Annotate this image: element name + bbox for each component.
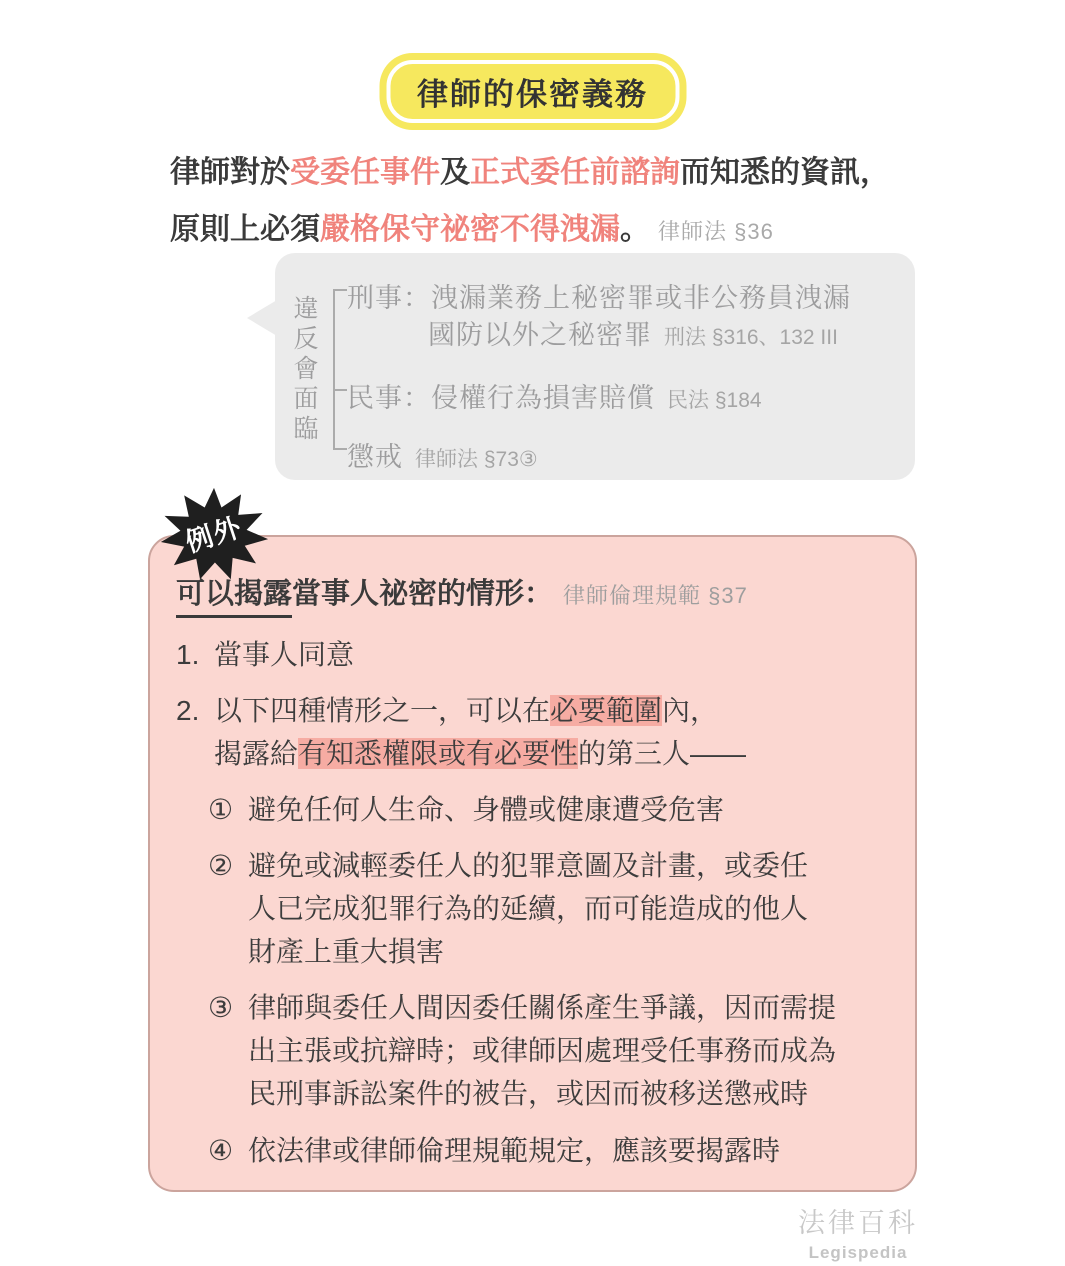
intro-line-2: 原則上必須嚴格保守祕密不得洩漏。律師法 §36 — [170, 201, 950, 260]
exception-box: 可以揭露當事人祕密的情形：律師倫理規範 §37 1. 當事人同意 2. 以下四種… — [148, 535, 917, 1192]
page-title-badge: 律師的保密義務 — [386, 60, 679, 123]
discipline-text: 懲戒 — [347, 442, 403, 472]
logo-english: Legispedia — [791, 1243, 925, 1263]
civil-text: 民事：侵權行為損害賠償 — [347, 383, 655, 413]
discipline-line: 懲戒律師法 §73③ — [347, 435, 538, 474]
criminal-line-2-text: 國防以外之秘密罪 — [428, 320, 652, 350]
subitem-2-circled-number: ② — [208, 844, 248, 973]
exception-subitem-2: ② 避免或減輕委任人的犯罪意圖及計畫，或委任人已完成犯罪行為的延續，而可能造成的… — [208, 844, 887, 973]
criminal-law-ref: 刑法 §316、132 III — [664, 326, 838, 349]
civil-law-ref: 民法 §184 — [667, 389, 762, 412]
item-1-text: 當事人同意 — [214, 633, 887, 676]
intro-paragraph: 律師對於受委任事件及正式委任前諮詢而知悉的資訊， 原則上必須嚴格保守祕密不得洩漏… — [170, 144, 950, 260]
tree-stub-top — [333, 289, 347, 291]
item-2-line-1: 以下四種情形之一，可以在必要範圍內， — [214, 689, 887, 732]
consequences-bubble: 違反會面臨 刑事：洩漏業務上秘密罪或非公務員洩漏 國防以外之秘密罪刑法 §316… — [275, 253, 915, 480]
subitem-3-text: 律師與委任人間因委任關係產生爭議，因而需提出主張或抗辯時；或律師因處理受任事務而… — [248, 986, 887, 1115]
exception-subitem-3: ③ 律師與委任人間因委任關係產生爭議，因而需提出主張或抗辯時；或律師因處理受任事… — [208, 986, 887, 1115]
tree-stub-bottom — [333, 448, 347, 450]
civil-line: 民事：侵權行為損害賠償民法 §184 — [347, 376, 762, 415]
item-2-line-2: 揭露給有知悉權限或有必要性的第三人—— — [214, 732, 887, 775]
exception-heading: 可以揭露當事人祕密的情形：律師倫理規範 §37 — [176, 571, 887, 612]
subitem-2-text: 避免或減輕委任人的犯罪意圖及計畫，或委任人已完成犯罪行為的延續，而可能造成的他人… — [248, 844, 887, 973]
page-title: 律師的保密義務 — [417, 77, 648, 112]
consequences-vertical-label: 違反會面臨 — [288, 295, 320, 445]
tree-stub-middle — [333, 389, 347, 391]
exception-item-2: 2. 以下四種情形之一，可以在必要範圍內， 揭露給有知悉權限或有必要性的第三人—… — [176, 689, 887, 775]
intro-line-2-text: 原則上必須嚴格保守祕密不得洩漏。 — [170, 213, 650, 246]
site-logo: 法律百科 Legispedia — [791, 1201, 925, 1263]
subitem-4-text: 依法律或律師倫理規範規定，應該要揭露時 — [248, 1129, 887, 1172]
exception-heading-underlined: 可以揭露 — [176, 578, 292, 618]
tree-vertical-line — [333, 290, 335, 449]
item-2-number: 2. — [176, 689, 214, 775]
item-2-body: 以下四種情形之一，可以在必要範圍內， 揭露給有知悉權限或有必要性的第三人—— — [214, 689, 887, 775]
criminal-line-2: 國防以外之秘密罪刑法 §316、132 III — [428, 313, 838, 352]
intro-law-ref: 律師法 §36 — [658, 219, 774, 244]
subitem-1-circled-number: ① — [208, 788, 248, 831]
exception-burst-badge: 例外 — [158, 486, 270, 583]
exception-heading-rest: 當事人祕密的情形： — [292, 578, 553, 610]
subitem-3-circled-number: ③ — [208, 986, 248, 1115]
exception-subitem-4: ④ 依法律或律師倫理規範規定，應該要揭露時 — [208, 1129, 887, 1172]
bubble-tail — [247, 300, 277, 336]
intro-line-1: 律師對於受委任事件及正式委任前諮詢而知悉的資訊， — [170, 144, 950, 201]
criminal-line-1: 刑事：洩漏業務上秘密罪或非公務員洩漏 — [347, 276, 851, 315]
infographic-canvas: 律師的保密義務 律師對於受委任事件及正式委任前諮詢而知悉的資訊， 原則上必須嚴格… — [0, 0, 1065, 1266]
exception-subitem-1: ① 避免任何人生命、身體或健康遭受危害 — [208, 788, 887, 831]
discipline-law-ref: 律師法 §73③ — [415, 448, 538, 471]
logo-chinese: 法律百科 — [791, 1201, 925, 1240]
subitem-4-circled-number: ④ — [208, 1129, 248, 1172]
exception-heading-ref: 律師倫理規範 §37 — [563, 583, 748, 608]
starburst-icon: 例外 — [158, 486, 270, 583]
subitem-1-text: 避免任何人生命、身體或健康遭受危害 — [248, 788, 887, 831]
exception-item-1: 1. 當事人同意 — [176, 633, 887, 676]
item-1-number: 1. — [176, 633, 214, 676]
